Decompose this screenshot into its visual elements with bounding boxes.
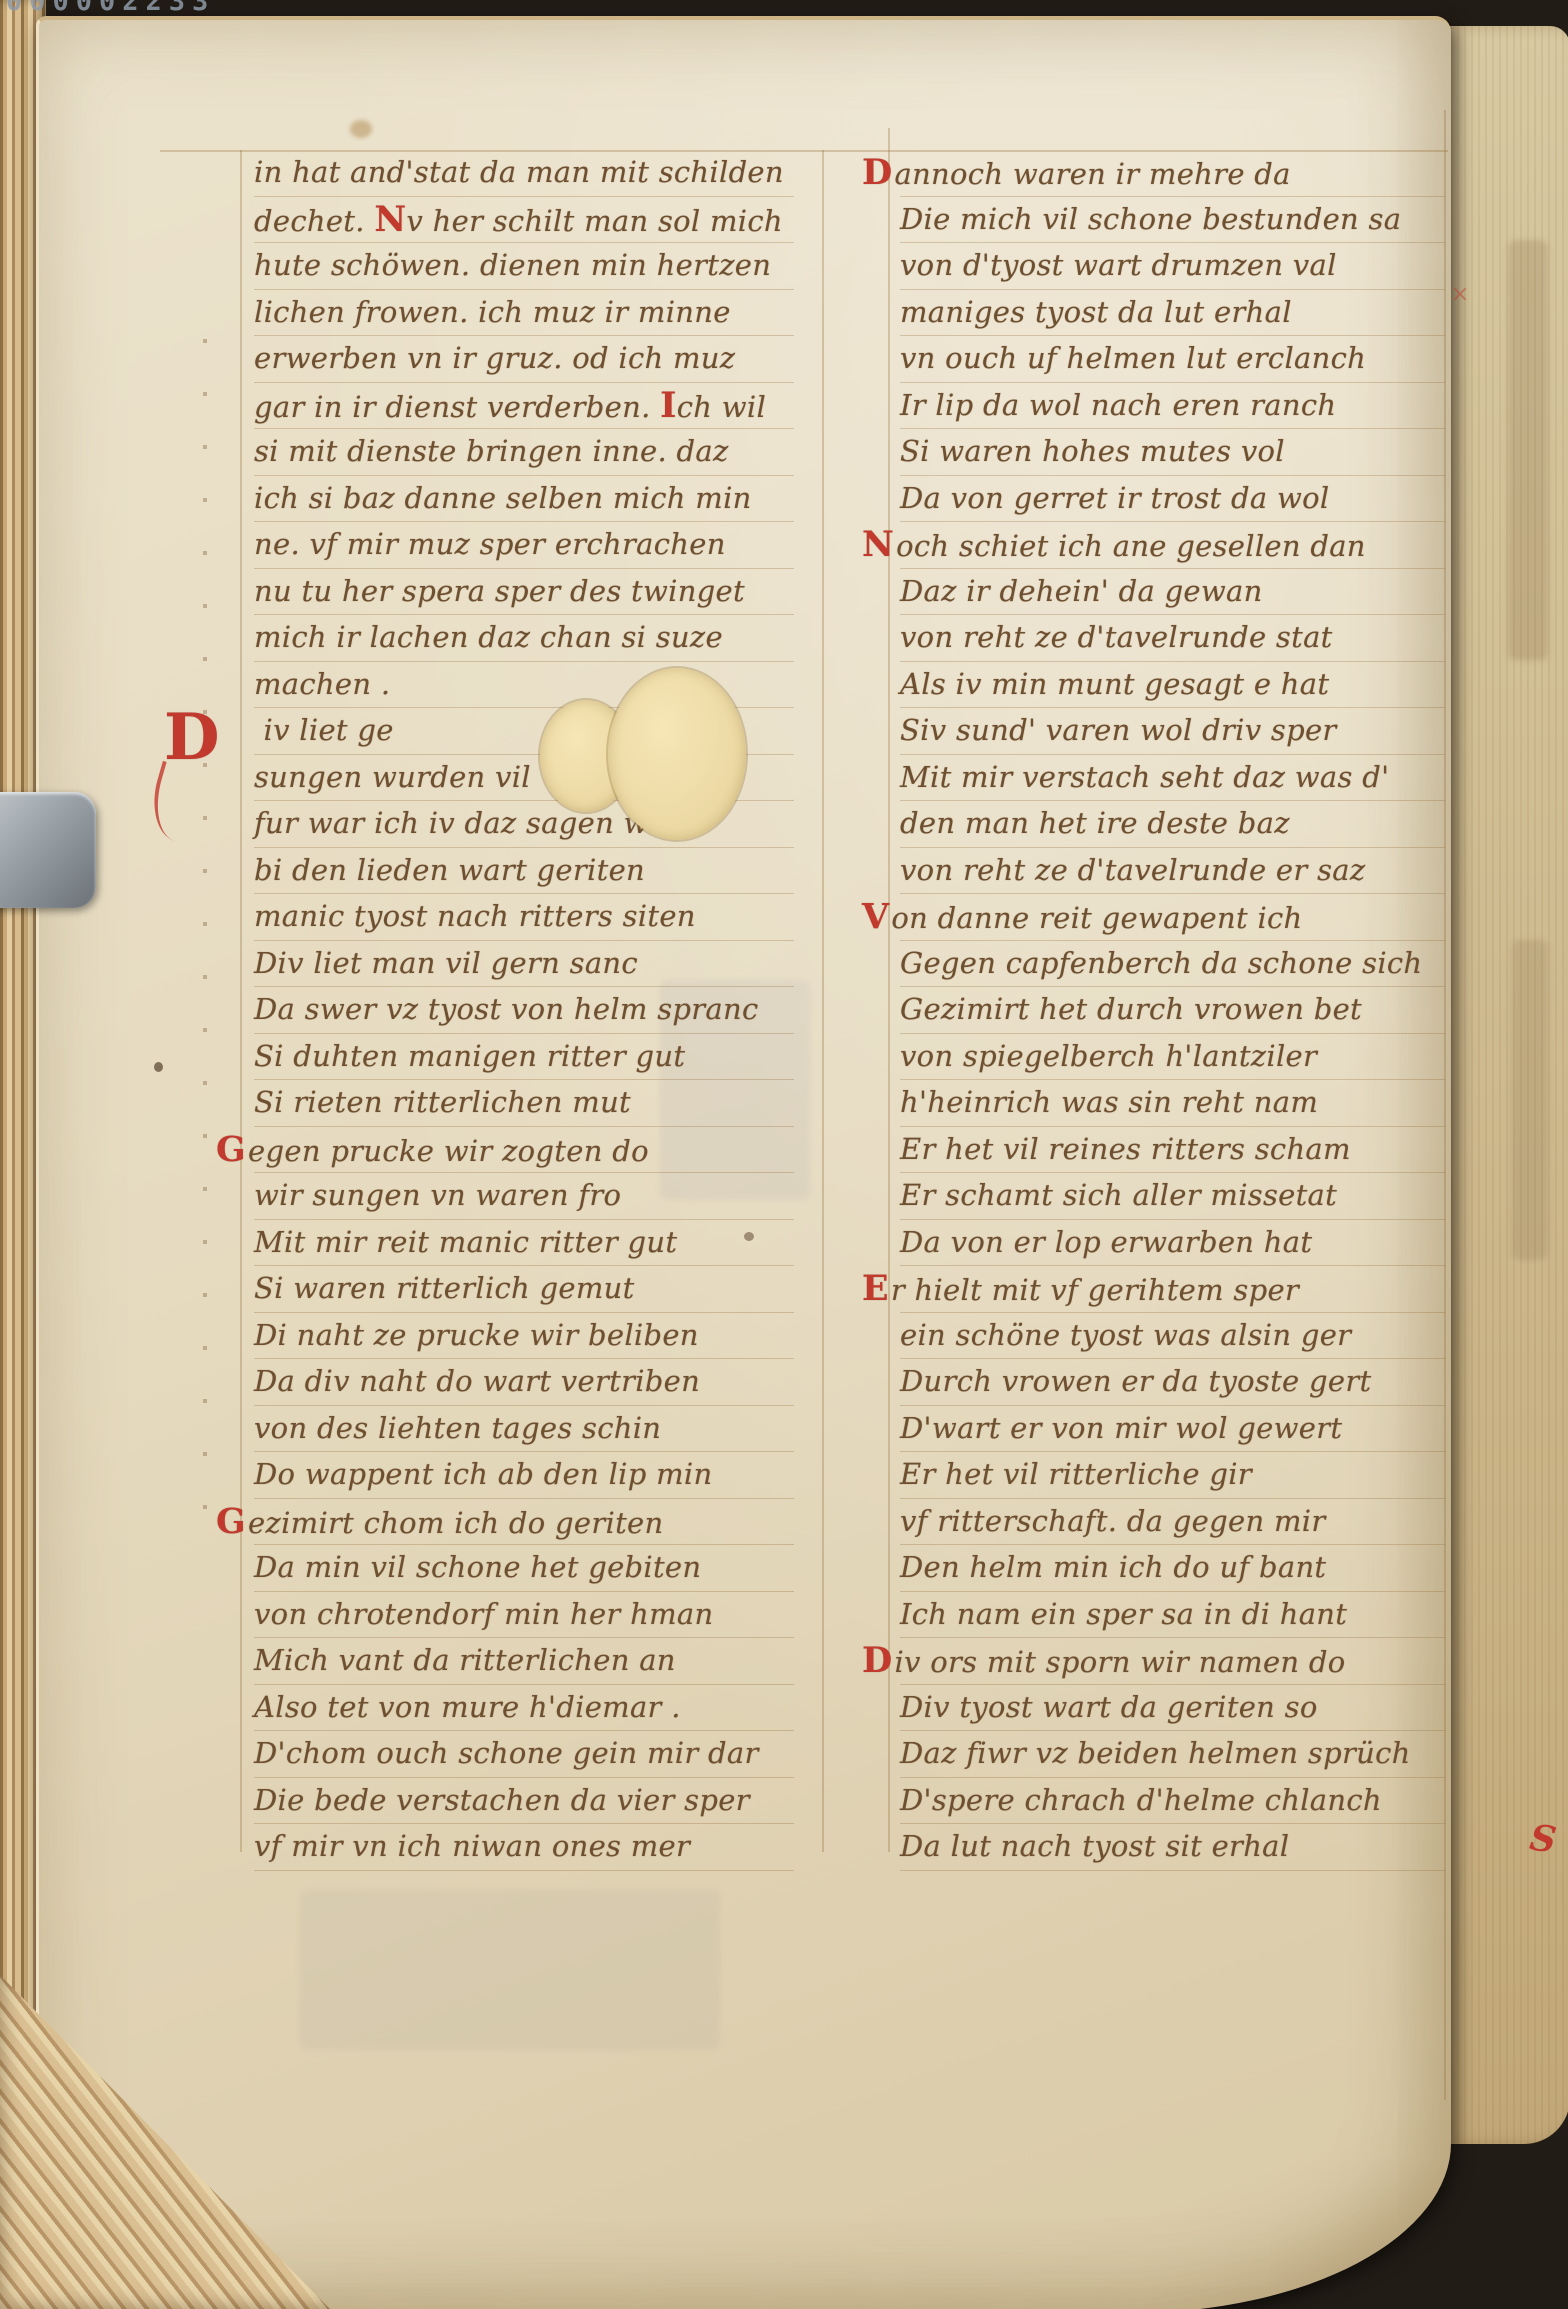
text-line: Da von er lop erwarben hat — [900, 1220, 1445, 1267]
text-line: Noch schiet ich ane gesellen dan — [900, 522, 1445, 569]
text-line: von spiegelberch h'lantziler — [900, 1034, 1445, 1081]
text-line: von reht ze d'tavelrunde stat — [900, 615, 1445, 662]
text-line: Siv sund' varen wol driv sper — [900, 708, 1445, 755]
manuscript-photo: 000002233 in hat and'stat da man mit sch… — [0, 0, 1568, 2309]
rubric-initial: G — [216, 1129, 248, 1170]
text-line: Den helm min ich do uf bant — [900, 1545, 1445, 1592]
text-line: D'chom ouch schone gein mir dar — [254, 1731, 794, 1778]
text-line: Si rieten ritterlichen mut — [254, 1080, 794, 1127]
text-line: Die bede verstachen da vier sper — [254, 1778, 794, 1825]
rubric-initial: G — [216, 1501, 248, 1542]
text-line: mich ir lachen daz chan si suze — [254, 615, 794, 662]
text-line: Da swer vz tyost von helm spranc — [254, 987, 794, 1034]
text-line: Da lut nach tyost sit erhal — [900, 1824, 1445, 1871]
text-line: lichen frowen. ich muz ir minne — [254, 290, 794, 337]
pricking-holes — [203, 290, 207, 1550]
text-line: Mit mir reit manic ritter gut — [254, 1220, 794, 1267]
text-line: Si waren hohes mutes vol — [900, 429, 1445, 476]
text-line: Da div naht do wart vertriben — [254, 1359, 794, 1406]
text-line: Ir lip da wol nach eren ranch — [900, 383, 1445, 430]
metal-clip — [0, 792, 96, 908]
bleed-through-2 — [300, 1890, 720, 2050]
text-line: Dannoch waren ir mehre da — [900, 150, 1445, 197]
fore-edge-ghost-text-1 — [1508, 240, 1548, 660]
text-line: gar in ir dienst verderben. Ich wil — [254, 383, 794, 430]
text-line: Von danne reit gewapent ich — [900, 894, 1445, 941]
gutter-ruling-2 — [888, 128, 890, 1852]
rubric-initial: V — [862, 896, 891, 937]
rubric-initial: N — [374, 199, 406, 240]
text-line: von d'tyost wart drumzen val — [900, 243, 1445, 290]
text-line: Gegen capfenberch da schone sich — [900, 941, 1445, 988]
text-line: den man het ire deste baz — [900, 801, 1445, 848]
text-line: Er hielt mit vf gerihtem sper — [900, 1266, 1445, 1313]
text-line: Also tet von mure h'diemar . — [254, 1685, 794, 1732]
text-line: Daz fiwr vz beiden helmen sprüch — [900, 1731, 1445, 1778]
text-line: Gezimirt het durch vrowen bet — [900, 987, 1445, 1034]
text-column-left: in hat and'stat da man mit schildendeche… — [254, 150, 794, 1871]
text-line: Mich vant da ritterlichen an — [254, 1638, 794, 1685]
red-cross-mark — [1452, 286, 1468, 302]
ink-dot — [154, 1062, 163, 1072]
text-line: Si duhten manigen ritter gut — [254, 1034, 794, 1081]
text-line: von des liehten tages schin — [254, 1406, 794, 1453]
shelfmark-digits: 000002233 — [6, 0, 436, 17]
text-column-right: Dannoch waren ir mehre daDie mich vil sc… — [900, 150, 1445, 1871]
text-line: Durch vrowen er da tyoste gert — [900, 1359, 1445, 1406]
text-line: Er het vil reines ritters scham — [900, 1127, 1445, 1174]
fore-edge-ghost-text-2 — [1512, 940, 1548, 1260]
text-line: ne. vf mir muz sper erchrachen — [254, 522, 794, 569]
text-line: Ich nam ein sper sa in di hant — [900, 1592, 1445, 1639]
gutter-ruling-1 — [822, 150, 824, 1852]
text-line: ich si baz danne selben mich min — [254, 476, 794, 523]
text-line: vf ritterschaft. da gegen mir — [900, 1499, 1445, 1546]
text-line: Div ors mit sporn wir namen do — [900, 1638, 1445, 1685]
text-line: D'spere chrach d'helme chlanch — [900, 1778, 1445, 1825]
text-line: Er schamt sich aller missetat — [900, 1173, 1445, 1220]
text-line: von chrotendorf min her hman — [254, 1592, 794, 1639]
rubric-initial: D — [164, 708, 222, 768]
text-line: von reht ze d'tavelrunde er saz — [900, 848, 1445, 895]
text-line: vn ouch uf helmen lut erclanch — [900, 336, 1445, 383]
text-line: erwerben vn ir gruz. od ich muz — [254, 336, 794, 383]
text-line: Mit mir verstach seht daz was d' — [900, 755, 1445, 802]
rubric-initial: N — [862, 524, 896, 565]
text-line: Als iv min munt gesagt e hat — [900, 662, 1445, 709]
text-line: Si waren ritterlich gemut — [254, 1266, 794, 1313]
text-line: Gezimirt chom ich do geriten — [254, 1499, 794, 1546]
left-column-ruling — [240, 150, 242, 1852]
text-line: Di naht ze prucke wir beliben — [254, 1313, 794, 1360]
rubric-initial: D — [862, 1640, 894, 1681]
text-line: bi den lieden wart geriten — [254, 848, 794, 895]
shelfmark-strip: 000002233 — [6, 0, 436, 17]
text-line: maniges tyost da lut erhal — [900, 290, 1445, 337]
text-line: h'heinrich was sin reht nam — [900, 1080, 1445, 1127]
rubric-initial: D — [862, 152, 894, 193]
parchment-patch-large — [608, 668, 746, 840]
text-line: hute schöwen. dienen min hertzen — [254, 243, 794, 290]
text-line: ein schöne tyost was alsin ger — [900, 1313, 1445, 1360]
text-line: Da min vil schone het gebiten — [254, 1545, 794, 1592]
text-line: dechet. Nv her schilt man sol mich — [254, 197, 794, 244]
text-line: Die mich vil schone bestunden sa — [900, 197, 1445, 244]
text-line: Div tyost wart da geriten so — [900, 1685, 1445, 1732]
text-line: manic tyost nach ritters siten — [254, 894, 794, 941]
text-line: Da von gerret ir trost da wol — [900, 476, 1445, 523]
text-line: Gegen prucke wir zogten do — [254, 1127, 794, 1174]
text-line: vf mir vn ich niwan ones mer — [254, 1824, 794, 1871]
stain-spot — [350, 120, 372, 138]
text-line: Er het vil ritterliche gir — [900, 1452, 1445, 1499]
rubric-initial: E — [862, 1268, 891, 1309]
text-line: D'wart er von mir wol gewert — [900, 1406, 1445, 1453]
text-line: Div liet man vil gern sanc — [254, 941, 794, 988]
text-line: Daz ir dehein' da gewan — [900, 569, 1445, 616]
text-line: nu tu her spera sper des twinget — [254, 569, 794, 616]
text-line: in hat and'stat da man mit schilden — [254, 150, 794, 197]
text-line: Do wappent ich ab den lip min — [254, 1452, 794, 1499]
rubric-initial: I — [660, 385, 677, 426]
text-line: wir sungen vn waren fro — [254, 1173, 794, 1220]
text-line: si mit dienste bringen inne. daz — [254, 429, 794, 476]
